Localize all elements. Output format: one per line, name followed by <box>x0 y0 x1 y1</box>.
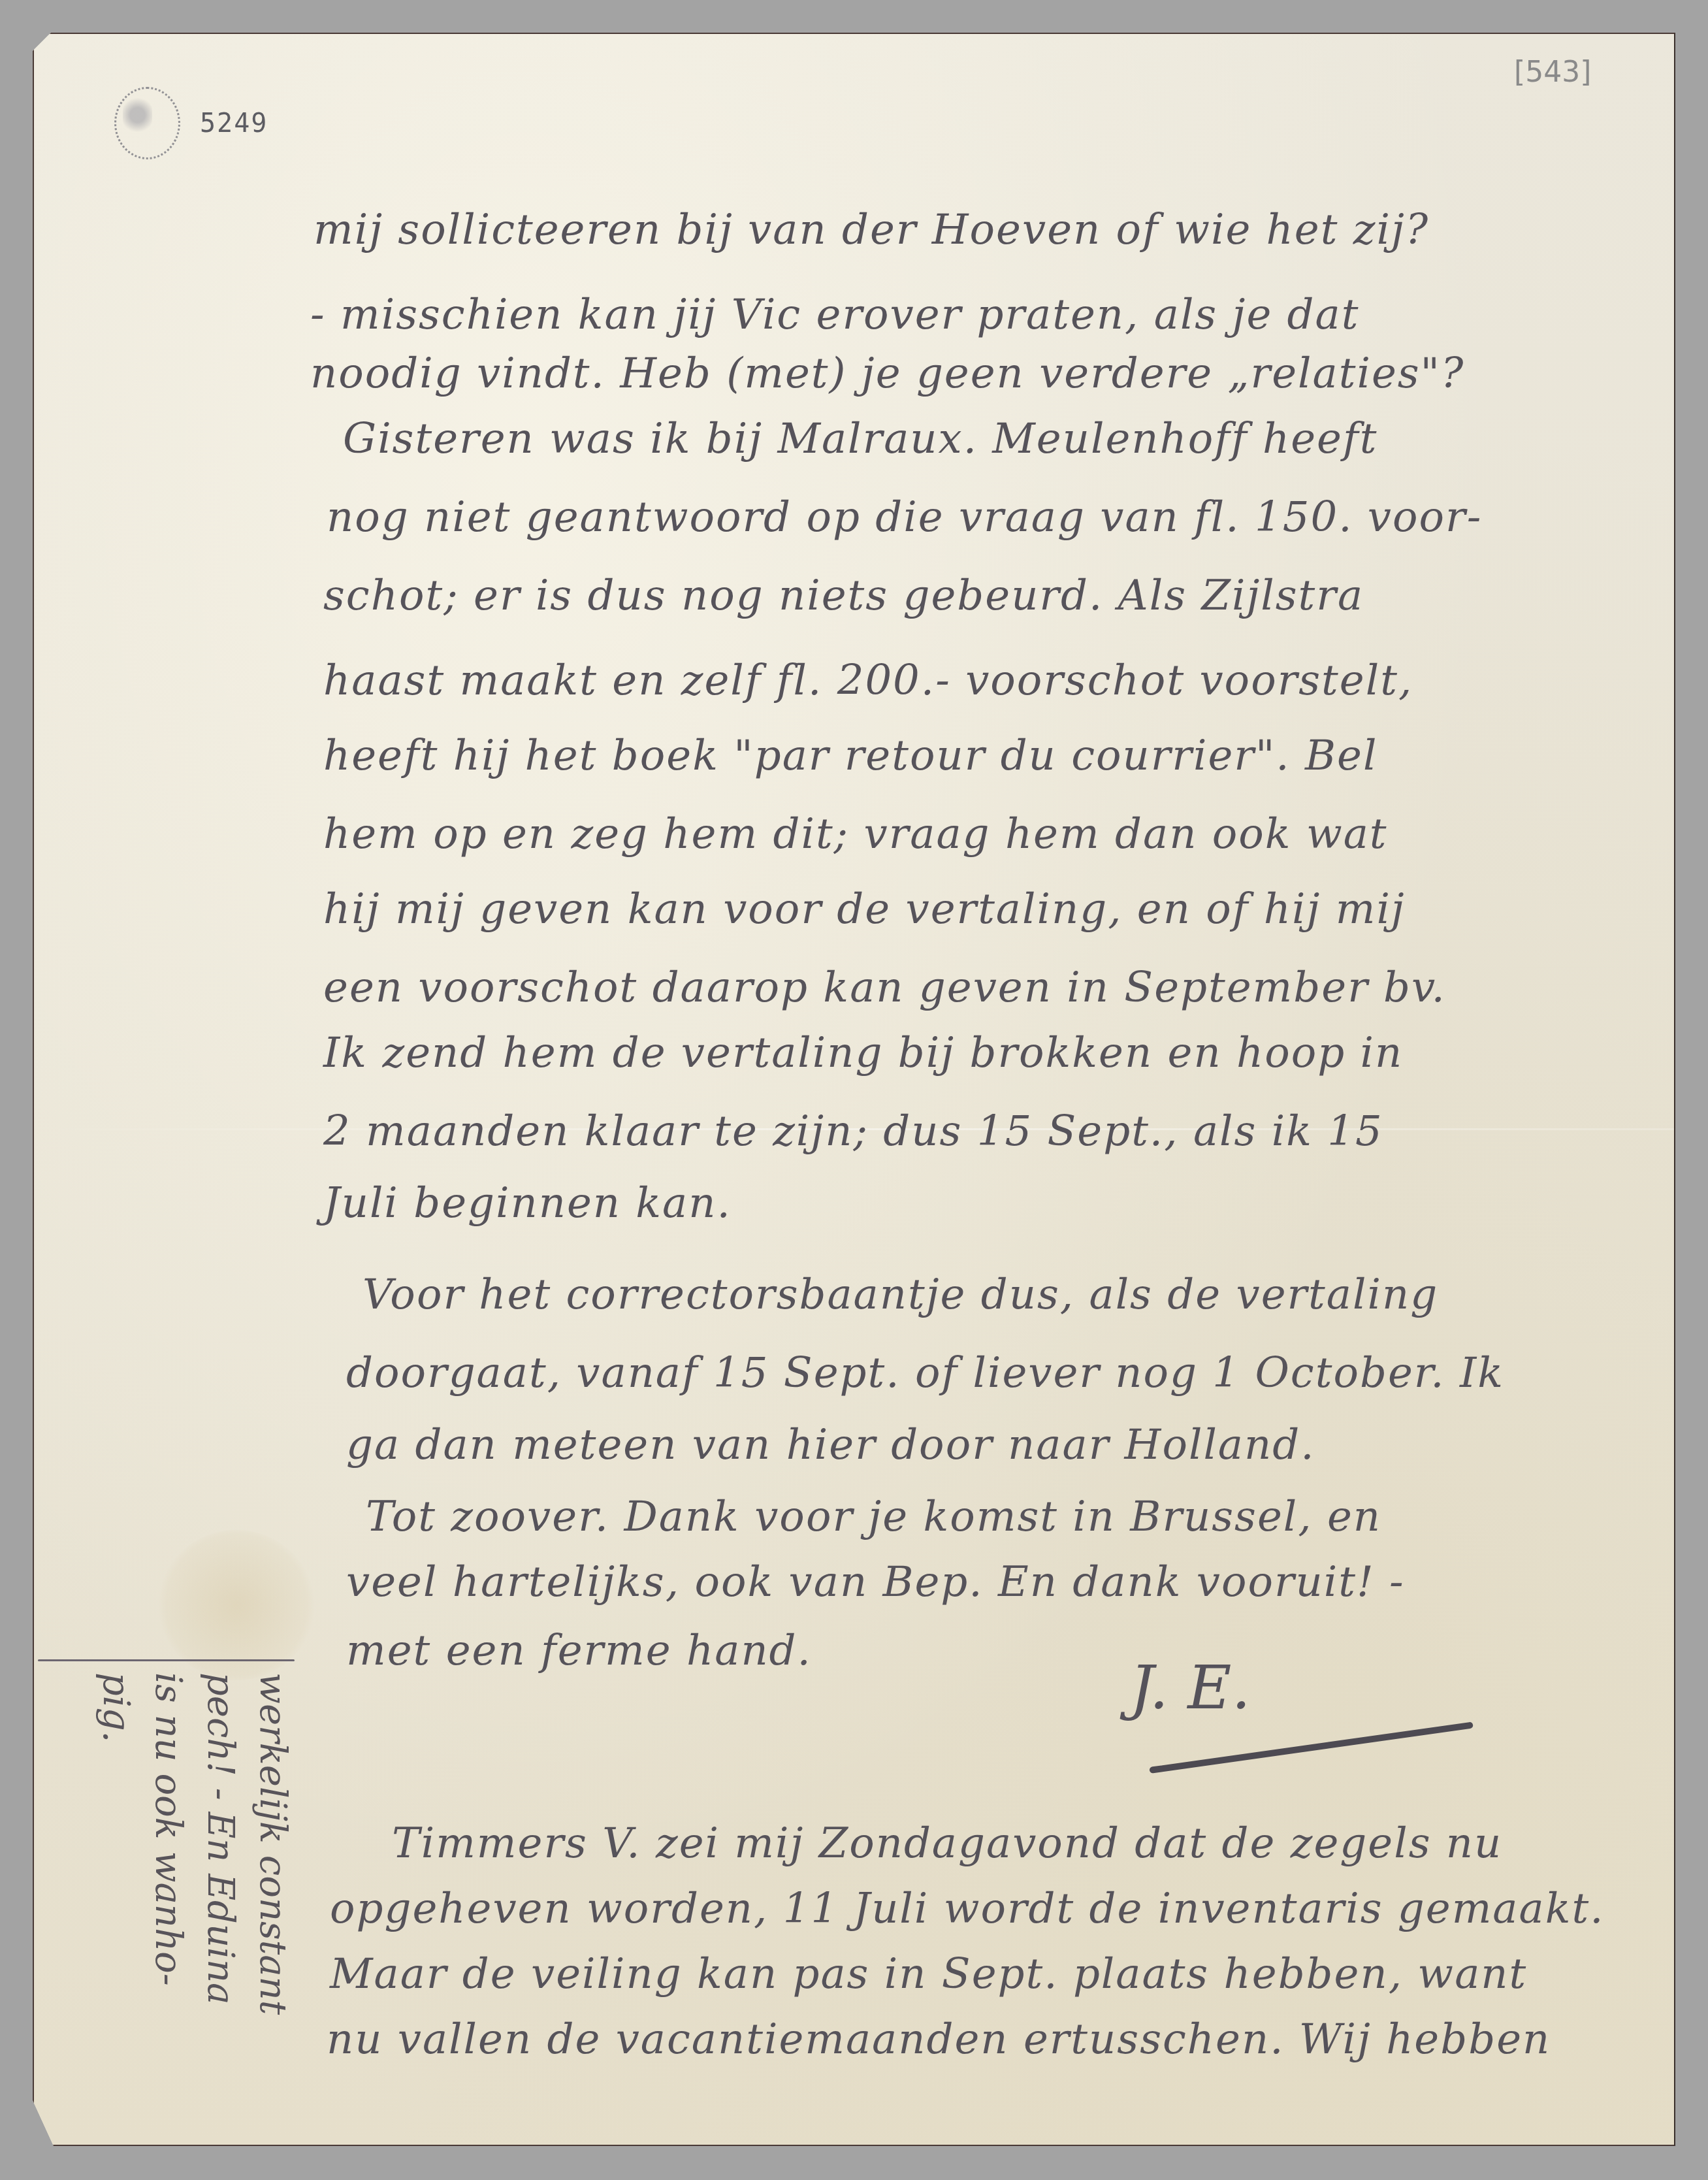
signature: J. E. <box>1130 1653 1251 1723</box>
body-line: hem op en zeg hem dit; vraag hem dan ook… <box>323 813 1388 855</box>
body-line: doorgaat, vanaf 15 Sept. of liever nog 1… <box>346 1352 1504 1394</box>
body-line: schot; er is dus nog niets gebeurd. Als … <box>323 575 1364 617</box>
archive-stamp: 5249 <box>114 87 268 159</box>
margin-note-line: pech! - En Eduina <box>199 1672 242 2004</box>
body-line: Juli beginnen kan. <box>323 1182 732 1224</box>
postscript-line: opgeheven worden, 11 Juli wordt de inven… <box>330 1888 1605 1930</box>
archive-seal-stamp-icon <box>114 87 180 159</box>
body-line: met een ferme hand. <box>346 1630 812 1672</box>
body-line: ga dan meteen van hier door naar Holland… <box>346 1424 1315 1466</box>
body-line: een voorschot daarop kan geven in Septem… <box>323 967 1446 1009</box>
body-line: Ik zend hem de vertaling bij brokken en … <box>323 1032 1403 1074</box>
body-line: Gisteren was ik bij Malraux. Meulenhoff … <box>343 418 1378 460</box>
body-line: noodig vindt. Heb (met) je geen verdere … <box>310 353 1464 395</box>
stamp-number: 5249 <box>200 108 268 138</box>
paper-stain <box>158 1530 315 1680</box>
body-line: mij sollicteeren bij van der Hoeven of w… <box>314 209 1429 251</box>
body-line: heeft hij het boek "par retour du courri… <box>323 735 1378 777</box>
margin-rule <box>38 1659 295 1661</box>
archive-page-number: [543] <box>1514 56 1591 89</box>
body-line: nog niet geantwoord op die vraag van fl.… <box>327 496 1482 538</box>
body-line: Voor het correctorsbaantje dus, als de v… <box>363 1274 1438 1316</box>
body-line: 2 maanden klaar te zijn; dus 15 Sept., a… <box>323 1111 1383 1152</box>
postscript-line: Maar de veiling kan pas in Sept. plaats … <box>330 1953 1527 1995</box>
margin-note-line: is nu ook wanho- <box>147 1672 189 1986</box>
margin-note-line: werkelijk constant <box>251 1672 294 2015</box>
body-line: - misschien kan jij Vic erover praten, a… <box>310 294 1359 336</box>
body-line: Tot zoover. Dank voor je komst in Brusse… <box>366 1496 1381 1538</box>
body-line: haast maakt en zelf fl. 200.- voorschot … <box>323 660 1413 702</box>
postscript-line: Timmers V. zei mij Zondagavond dat de ze… <box>392 1823 1502 1864</box>
postscript-line: nu vallen de vacantiemaanden ertusschen.… <box>327 2019 1551 2060</box>
scan-background: 5249 [543] mij sollicteeren bij van der … <box>0 0 1708 2180</box>
margin-note: werkelijk constant pech! - En Eduina is … <box>52 1672 300 2156</box>
body-line: hij mij geven kan voor de vertaling, en … <box>323 888 1406 930</box>
margin-note-line: pig. <box>95 1672 137 1742</box>
body-line: veel hartelijks, ook van Bep. En dank vo… <box>346 1561 1405 1603</box>
